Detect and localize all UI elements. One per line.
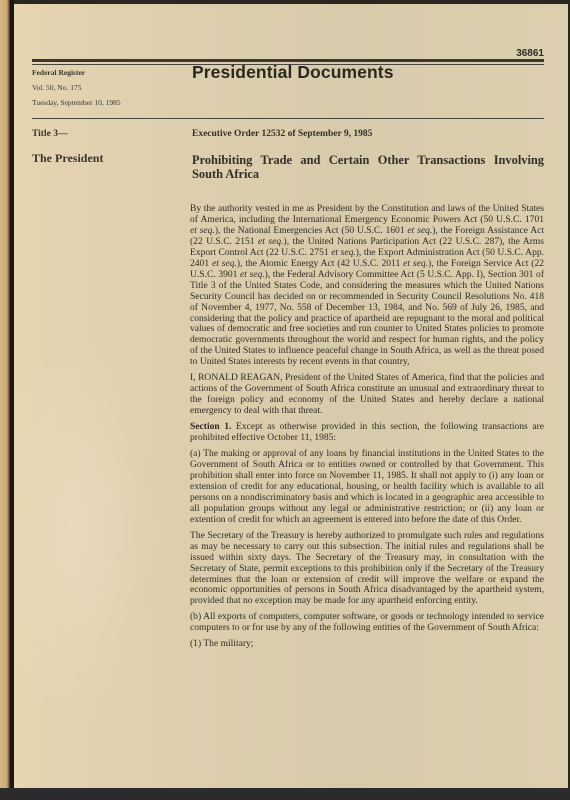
treasury-paragraph: The Secretary of the Treasury is hereby … [190,531,544,608]
page-number: 36861 [516,48,544,59]
executive-order-title: Prohibiting Trade and Certain Other Tran… [192,154,544,181]
scan-bottom-edge [0,788,570,800]
subsection-a-paragraph: (a) The making or approval of any loans … [190,449,544,526]
finding-paragraph: I, RONALD REAGAN, President of the Unite… [190,373,544,417]
title-name: The President [32,151,103,166]
section-title: Presidential Documents [192,62,394,83]
subsection-b-paragraph: (b) All exports of computers, computer s… [190,612,544,634]
order-body: By the authority vested in me as Preside… [190,204,544,655]
section-1-paragraph: Section 1. Except as otherwise provided … [190,422,544,444]
section-1-label: Section 1. [190,421,231,432]
volume-number: Vol. 50, No. 175 [32,83,81,92]
president-name: I, RONALD REAGAN, [190,372,283,383]
publication-name: Federal Register [32,68,85,77]
executive-order-heading: Executive Order 12532 of September 9, 19… [192,129,372,139]
title-number: Title 3— [32,129,67,139]
book-page-edge [0,0,10,800]
header-bottom-rule [32,118,544,119]
publication-date: Tuesday, September 10, 1985 [32,98,121,107]
item-1-paragraph: (1) The military; [190,639,544,650]
authority-paragraph: By the authority vested in me as Preside… [190,204,544,368]
section-1-text: Except as otherwise provided in this sec… [190,421,544,443]
